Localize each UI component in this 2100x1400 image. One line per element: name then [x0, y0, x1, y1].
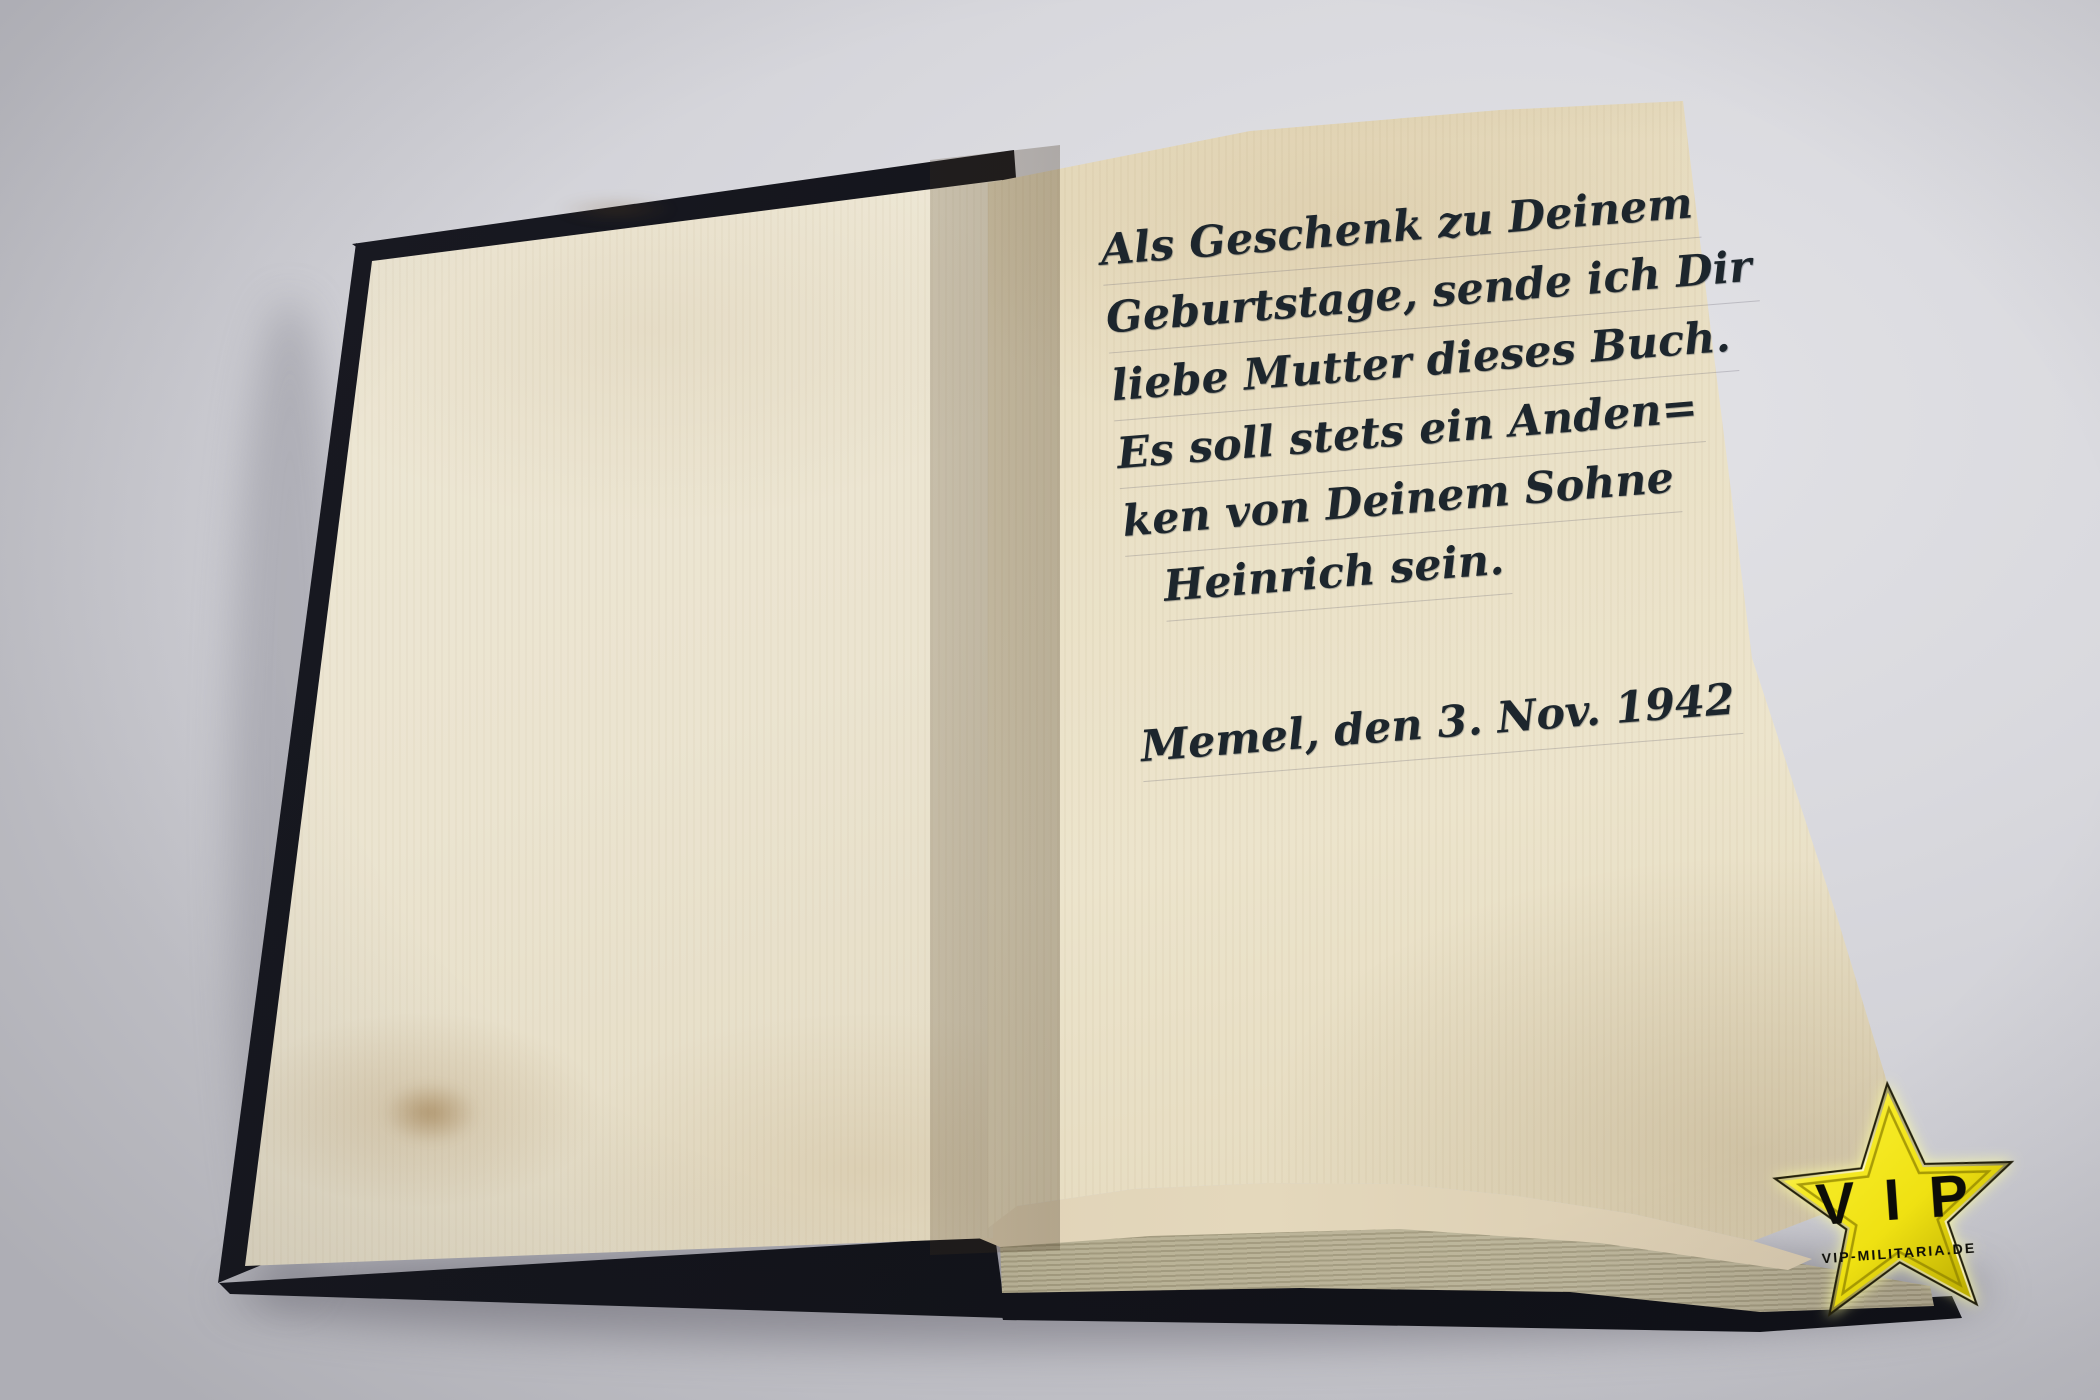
vip-militaria-watermark: V I P VIP-MILITARIA.DE: [1761, 1070, 2031, 1349]
handwritten-dedication: Als Geschenk zu Deinem Geburtstage, send…: [1098, 167, 1781, 783]
page-stain: [556, 196, 676, 222]
photo-open-book: Als Geschenk zu Deinem Geburtstage, send…: [0, 0, 2100, 1400]
vip-label: V I P: [1814, 1162, 1977, 1238]
page-stain: [383, 1082, 478, 1144]
